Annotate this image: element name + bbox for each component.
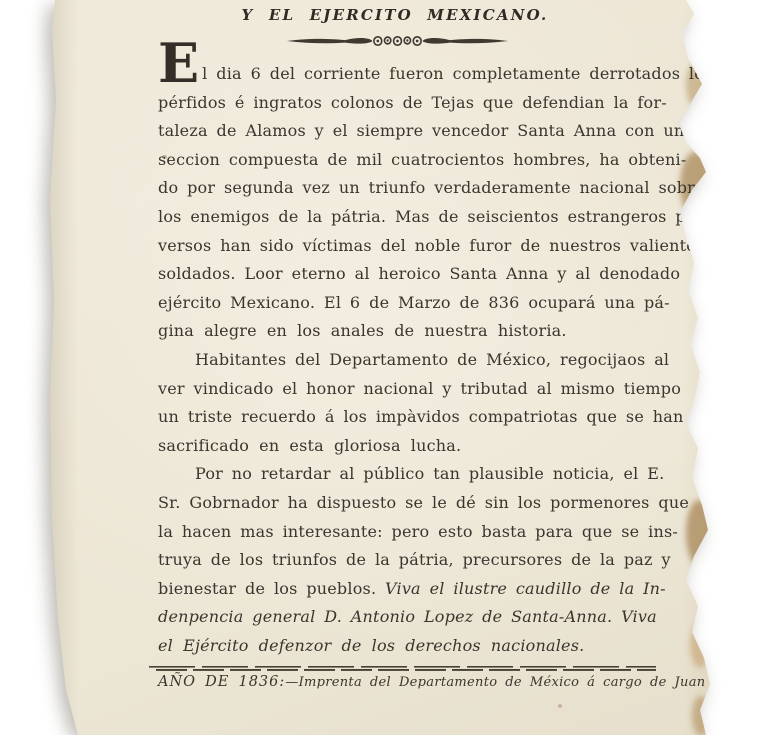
text-block: El dia 6 del corriente fueron completame…	[158, 60, 632, 660]
body-text: pérfidos é ingratos colonos de Tejas que…	[158, 93, 667, 112]
text-line: la hacen mas interesante: pero esto bast…	[158, 518, 632, 547]
text-line: pérfidos é ingratos colonos de Tejas que…	[158, 89, 632, 118]
footer-rule	[149, 666, 656, 671]
body-text: la hacen mas interesante: pero esto bast…	[158, 522, 678, 541]
imprint-year: AÑO DE 1836:	[158, 674, 285, 690]
imprint-text: —Imprenta del Departamento de México á c…	[285, 675, 767, 690]
text-line: sacrificado en esta gloriosa lucha.	[158, 432, 632, 461]
edge-stain	[690, 622, 710, 668]
italic-text: el Ejército defenzor de los derechos nac…	[158, 636, 584, 655]
edge-stain	[692, 696, 710, 735]
body-text: l dia 6 del corriente fueron completamen…	[202, 64, 712, 83]
body-text: ver vindicado el honor nacional y tribut…	[158, 379, 681, 398]
text-line: truya de los triunfos de la pátria, prec…	[158, 546, 632, 575]
imprint-line: AÑO DE 1836:—Imprenta del Departamento d…	[158, 674, 632, 690]
paragraph: El dia 6 del corriente fueron completame…	[158, 60, 632, 346]
body-text: gina alegre en los anales de nuestra his…	[158, 321, 567, 340]
paragraph: Habitantes del Departamento de México, r…	[158, 346, 632, 460]
body-text: truya de los triunfos de la pátria, prec…	[158, 550, 671, 569]
body-text: versos han sido víctimas del noble furor…	[158, 236, 704, 255]
body-text: un triste recuerdo á los impàvidos compa…	[158, 407, 684, 426]
text-line: los enemigos de la pátria. Mas de seisci…	[158, 203, 632, 232]
text-line: do por segunda vez un triunfo verdaderam…	[158, 174, 632, 203]
text-line: Habitantes del Departamento de México, r…	[158, 346, 632, 375]
italic-text: Viva el ilustre caudillo de la In-	[385, 579, 666, 598]
body-text: Sr. Gobrnador ha dispuesto se le dé sin …	[158, 493, 689, 512]
body-text: taleza de Alamos y el siempre vencedor S…	[158, 121, 694, 140]
body-text: seccion compuesta de mil cuatrocientos h…	[158, 150, 686, 169]
masthead-title: Y EL EJERCITO MEXICANO.	[158, 6, 632, 24]
text-line: versos han sido víctimas del noble furor…	[158, 232, 632, 261]
body-text: Por no retardar al público tan plausible…	[195, 464, 664, 483]
text-line: seccion compuesta de mil cuatrocientos h…	[158, 146, 632, 175]
text-line: Sr. Gobrnador ha dispuesto se le dé sin …	[158, 489, 632, 518]
scan-background: Y EL EJERCITO MEXICANO.	[0, 0, 768, 735]
text-line: un triste recuerdo á los impàvidos compa…	[158, 403, 632, 432]
text-line: Por no retardar al público tan plausible…	[158, 460, 632, 489]
text-line: taleza de Alamos y el siempre vencedor S…	[158, 117, 632, 146]
text-line: denpencia general D. Antonio Lopez de Sa…	[158, 603, 632, 632]
text-line: gina alegre en los anales de nuestra his…	[158, 317, 632, 346]
body-text: soldados. Loor eterno al heroico Santa A…	[158, 264, 680, 283]
foxing-speck	[558, 704, 562, 708]
body-text: sacrificado en esta gloriosa lucha.	[158, 436, 461, 455]
text-line: bienestar de los pueblos. Viva el ilustr…	[158, 575, 632, 604]
divider-ornament-icon	[285, 33, 510, 49]
paper-shadow: Y EL EJERCITO MEXICANO.	[0, 0, 768, 735]
body-text: Habitantes del Departamento de México, r…	[195, 350, 669, 369]
italic-text: denpencia general D. Antonio Lopez de Sa…	[158, 607, 657, 626]
drop-cap: E	[158, 31, 199, 95]
body-text: do por segunda vez un triunfo verdaderam…	[158, 178, 705, 197]
body-text: los enemigos de la pátria. Mas de seisci…	[158, 207, 709, 226]
text-line: ver vindicado el honor nacional y tribut…	[158, 375, 632, 404]
edge-stain	[686, 500, 712, 566]
text-line: soldados. Loor eterno al heroico Santa A…	[158, 260, 632, 289]
paragraph: Por no retardar al público tan plausible…	[158, 460, 632, 660]
text-line: ejército Mexicano. El 6 de Marzo de 836 …	[158, 289, 632, 318]
broadside-paper: Y EL EJERCITO MEXICANO.	[0, 0, 768, 735]
body-text: bienestar de los pueblos.	[158, 579, 385, 598]
text-line: el Ejército defenzor de los derechos nac…	[158, 632, 632, 661]
text-line: El dia 6 del corriente fueron completame…	[158, 60, 632, 89]
body-text: ejército Mexicano. El 6 de Marzo de 836 …	[158, 293, 670, 312]
